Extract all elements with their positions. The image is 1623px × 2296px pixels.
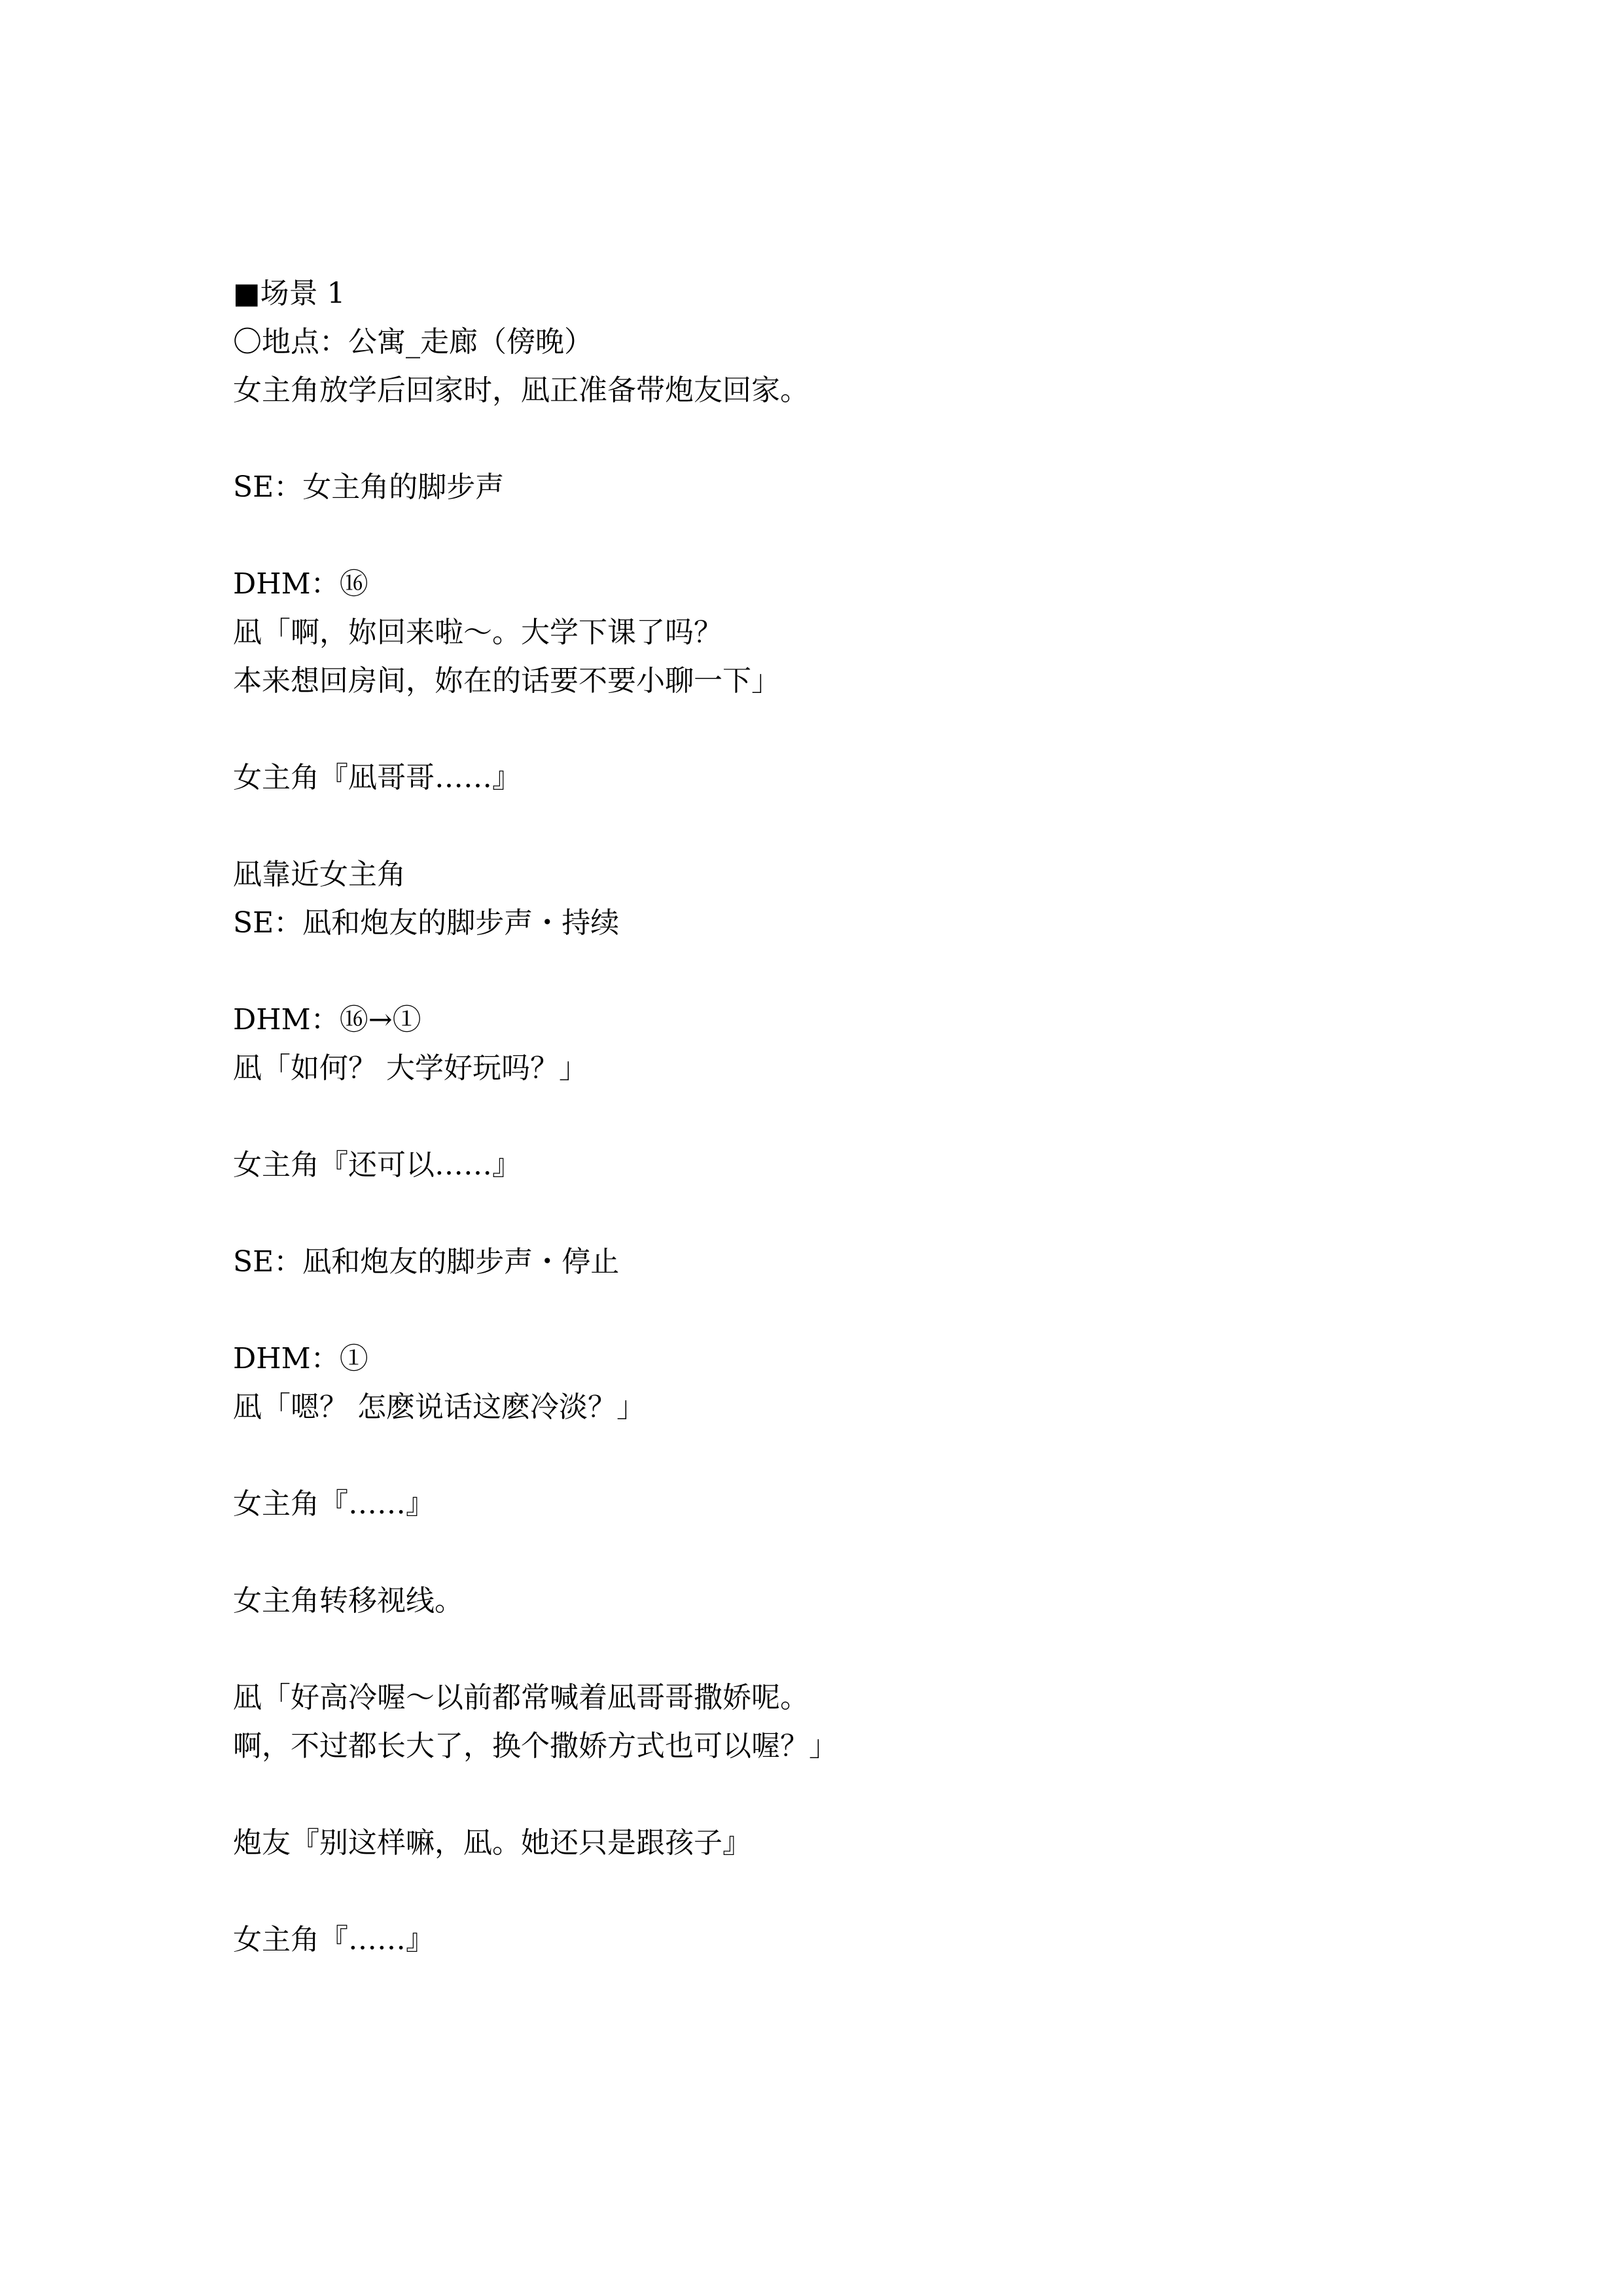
blank-line — [233, 1286, 1476, 1335]
blank-line — [233, 1771, 1476, 1819]
sound-effect-line: SE：凪和炮友的脚步声・停止 — [233, 1238, 1476, 1286]
dhm-line: DHM：① — [233, 1335, 1476, 1383]
dialogue-line: 凪「如何？ 大学好玩吗？」 — [233, 1044, 1476, 1093]
dialogue-line: 女主角『……』 — [233, 1480, 1476, 1528]
blank-line — [233, 802, 1476, 851]
blank-line — [233, 1432, 1476, 1480]
blank-line — [233, 705, 1476, 754]
blank-line — [233, 512, 1476, 560]
dialogue-line: 女主角『还可以……』 — [233, 1141, 1476, 1190]
blank-line — [233, 947, 1476, 996]
dhm-line: DHM：⑯ — [233, 560, 1476, 609]
dialogue-line: 凪「嗯？ 怎麽说话这麽冷淡？」 — [233, 1383, 1476, 1432]
dialogue-line: 女主角『凪哥哥……』 — [233, 754, 1476, 802]
sound-effect-line: SE：凪和炮友的脚步声・持续 — [233, 899, 1476, 947]
blank-line — [233, 1093, 1476, 1141]
action-line: 女主角放学后回家时，凪正准备带炮友回家。 — [233, 366, 1476, 415]
dialogue-line: 本来想回房间，妳在的话要不要小聊一下」 — [233, 657, 1476, 705]
action-line: 女主角转移视线。 — [233, 1577, 1476, 1625]
dialogue-line: 炮友『别这样嘛，凪。她还只是跟孩子』 — [233, 1819, 1476, 1867]
blank-line — [233, 1625, 1476, 1674]
dialogue-line: 凪「啊，妳回来啦～。大学下课了吗？ — [233, 609, 1476, 657]
sound-effect-line: SE：女主角的脚步声 — [233, 463, 1476, 512]
script-page: ■场景 1 〇地点：公寓_走廊（傍晚） 女主角放学后回家时，凪正准备带炮友回家。… — [233, 270, 1476, 1964]
dialogue-line: 啊，不过都长大了，换个撒娇方式也可以喔？」 — [233, 1722, 1476, 1771]
scene-heading: ■场景 1 — [233, 270, 1476, 318]
action-line: 凪靠近女主角 — [233, 851, 1476, 899]
blank-line — [233, 1528, 1476, 1577]
dhm-line: DHM：⑯→① — [233, 996, 1476, 1044]
blank-line — [233, 415, 1476, 463]
blank-line — [233, 1190, 1476, 1238]
blank-line — [233, 1867, 1476, 1916]
dialogue-line: 凪「好高冷喔～以前都常喊着凪哥哥撒娇呢。 — [233, 1674, 1476, 1722]
dialogue-line: 女主角『……』 — [233, 1916, 1476, 1964]
location-line: 〇地点：公寓_走廊（傍晚） — [233, 318, 1476, 366]
